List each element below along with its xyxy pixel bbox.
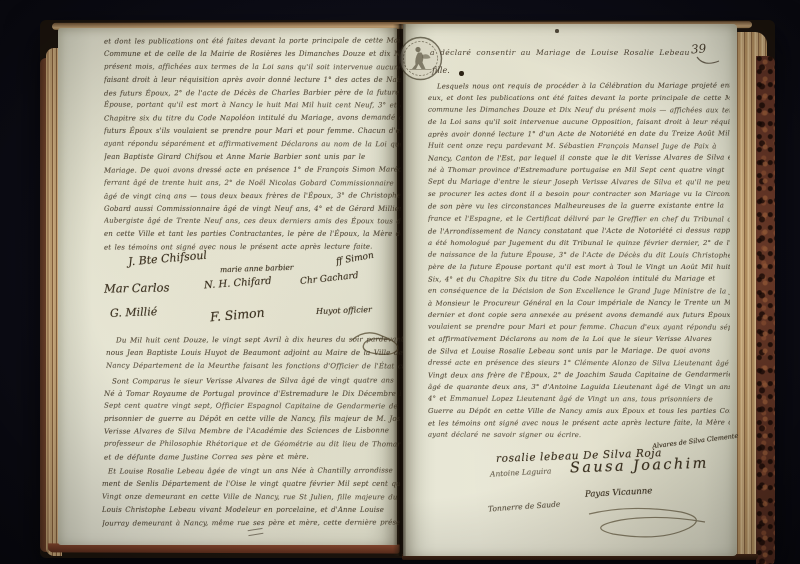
handwritten-line: père de la future Épouse portant qu'il e… — [428, 261, 730, 273]
handwritten-line: Jean Baptiste Girard Chifsou et Anne Mar… — [104, 151, 401, 164]
signature: J. Bte Chifsoul — [128, 249, 208, 269]
handwritten-line: ayant répondu séparément et affirmativem… — [104, 138, 401, 152]
handwritten-line: Vingt deux ans frère de l'Époux, 2° de J… — [428, 369, 730, 382]
handwritten-line: Nancy Département de la Meurthe faisant … — [106, 359, 403, 372]
signature: G. Millié — [110, 305, 158, 320]
handwritten-line: Vingt onze demeurant en cette Ville de N… — [102, 490, 401, 504]
ink-dot — [459, 71, 464, 76]
handwritten-line: commune les Dimanches Douze et Dix Neuf … — [428, 104, 730, 117]
signature: Chr Gachard — [300, 271, 359, 287]
handwritten-line: né à Thomar province d'Estremadure portu… — [428, 164, 730, 176]
handwritten-line: futurs Époux s'ils voulaient se prendre … — [104, 125, 401, 138]
handwritten-line: Mariage. De quoi avons dressé acte en pr… — [104, 163, 401, 177]
handwritten-line: prisonnier de guerre au Dépôt en cette v… — [104, 413, 401, 426]
handwritten-line: en conséquence de la Décision de Son Exc… — [428, 284, 730, 297]
act2-groom-paragraph: Sont Comparus le sieur Verisse Alvares d… — [104, 375, 401, 463]
signature: F. Simon — [209, 305, 265, 325]
handwritten-line: Né à Tomar Royaume de Portugal province … — [104, 388, 401, 401]
signature: Sausa Joachim — [570, 456, 709, 477]
handwritten-line: professeur de Philosophie Rhétorique et … — [104, 438, 401, 451]
handwritten-line: dernier et dont copie sera annexée au pr… — [428, 309, 730, 321]
handwritten-line: Nancy, Canton de l'Est, par lequel il co… — [428, 152, 730, 165]
right-cover-marbled — [756, 56, 775, 564]
handwritten-line: 4° et Emmanuel Lopez Lieutenant âgé de V… — [428, 393, 730, 406]
ink-dot — [555, 29, 559, 33]
handwritten-line: Gobard aussi Commissionnaire âgé de ving… — [104, 203, 401, 216]
handwritten-line: voulaient se prendre pour Mari et pour f… — [428, 321, 730, 334]
handwritten-line: Et Louise Rosalie Lebeau âgée de vingt u… — [102, 465, 401, 478]
handwritten-line: ferrant âgé de trente huit ans, 2° de No… — [104, 176, 401, 190]
handwritten-line: Sept du Mariage d'entre le sieur Joseph … — [428, 176, 730, 189]
handwritten-line: Sept cent quatre vingt sept, Officier Es… — [104, 400, 401, 413]
handwritten-line: âgé de quarante deux ans, 3° d'Antoine L… — [428, 381, 730, 393]
handwritten-line: et dont les publications ont été faites … — [104, 35, 401, 48]
signature: Tonnerre de Saude — [488, 499, 561, 513]
signature-flourish — [571, 492, 711, 544]
pen-stroke-mark — [248, 528, 264, 536]
handwritten-line: Du Mil huit cent Douze, le vingt sept Av… — [106, 333, 403, 347]
photo-background: et dont les publications ont été faites … — [0, 0, 800, 564]
handwritten-line: Six, 4° et du Chapitre Six du titre du C… — [428, 272, 730, 285]
page-number-flourish — [695, 54, 721, 68]
handwritten-line: a été homologué par Jugement du dit Trib… — [428, 237, 730, 249]
handwritten-line: présent mois, affichées aux termes de la… — [104, 60, 401, 74]
handwritten-line: de Silva et Louise Rosalie Lebeau sont u… — [428, 344, 730, 357]
handwritten-line: de l'Arrondissement de Nancy constatant … — [428, 224, 730, 237]
handwritten-line: de son père vu les circonstances Malheur… — [428, 200, 730, 213]
handwritten-line: dressé acte en présence des sieurs 1° Cl… — [428, 357, 730, 370]
handwritten-line: Guerre au Dépôt en cette Ville de Nancy … — [428, 405, 730, 417]
handwritten-line: nous Jean Baptiste Louis Huyot de Beaumo… — [106, 346, 403, 359]
marriage-act-body-paragraph: Lesquels nous ont requis de procéder à l… — [428, 80, 730, 441]
signature: marie anne barbier — [220, 263, 294, 275]
handwritten-line: Lesquels nous ont requis de procéder à l… — [428, 80, 730, 93]
right-page: a déclaré consentir au Mariage de Louise… — [403, 24, 737, 556]
handwritten-line: ment de Senlis Département de l'Oise le … — [102, 478, 401, 491]
consent-line: a déclaré consentir au Mariage de Louise… — [430, 48, 695, 57]
handwritten-line: et de défunte dame Justine Correa ses pè… — [104, 450, 401, 463]
handwritten-line: eux, et dont les publications ont été fa… — [428, 92, 730, 104]
handwritten-line: âgé de vingt cinq ans — tous deux beaux … — [104, 189, 401, 203]
handwritten-line: faisant droit à leur réquisition après a… — [104, 74, 401, 87]
fille-line: fille. — [432, 66, 450, 75]
signature: Antoine Laguira — [490, 466, 552, 478]
handwritten-line: et affirmativement Déclarons au nom de l… — [428, 333, 730, 345]
handwritten-line: de naissance de la future Épouse, 3° de … — [428, 248, 730, 261]
act1-closing-paragraph: et dont les publications ont été faites … — [104, 35, 401, 254]
handwritten-line: Verisse Alvares de Silva Membre de l'Aca… — [104, 425, 401, 439]
handwritten-line: Aubergiste âgé de Trente Neuf ans, ces d… — [104, 215, 401, 229]
handwritten-line: Sont Comparus le sieur Verisse Alvares d… — [104, 375, 401, 388]
signature: Mar Carlos — [104, 280, 170, 295]
handwritten-line: Jourray demeurant à Nancy, même rue ses … — [102, 516, 401, 529]
book-gutter-shadow — [393, 24, 406, 556]
handwritten-line: Chapitre six du titre du Code Napoléon i… — [104, 112, 401, 126]
act2-bride-paragraph: Et Louise Rosalie Lebeau âgée de vingt u… — [102, 465, 401, 529]
act1-signature-block: J. Bte Chifsoulmarie anne barbierff Simo… — [58, 252, 397, 334]
open-register-book: et dont les publications ont été faites … — [40, 20, 775, 558]
left-page: et dont les publications ont été faites … — [58, 28, 397, 545]
handwritten-line: à Monsieur le Procureur Général en la Co… — [428, 296, 730, 309]
handwritten-line: de la Loi sans qu'il soit intervenue auc… — [428, 116, 730, 128]
handwritten-line: en cette Ville et tant les parties Contr… — [104, 228, 401, 241]
handwritten-line: Louis Christophe Lebeau vivant Modeleur … — [102, 504, 401, 517]
signature: N. H. Chifard — [204, 276, 272, 292]
handwritten-line: Commune et de celle de la Mairie de Rosi… — [104, 48, 401, 61]
act2-opening-paragraph: Du Mil huit cent Douze, le vingt sept Av… — [106, 333, 403, 372]
signature: ff Simon — [335, 251, 374, 267]
handwritten-line: france et l'Espagne, et le Certificat dé… — [428, 212, 730, 225]
signature: Huyot officier — [316, 305, 372, 316]
